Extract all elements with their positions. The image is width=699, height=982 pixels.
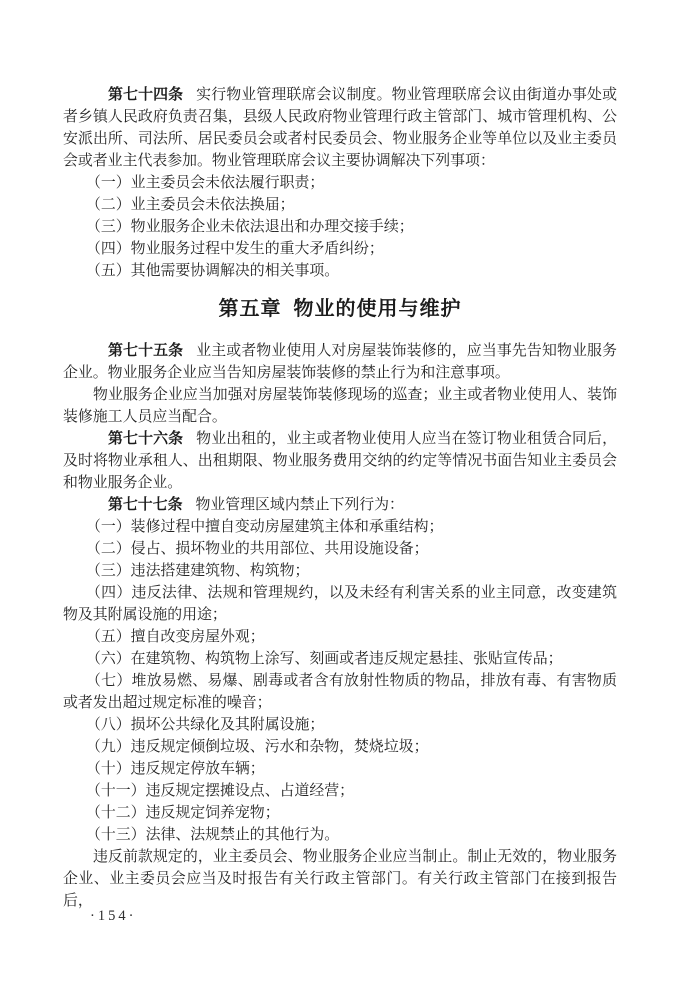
paragraph-text: （七）堆放易燃、易爆、剧毒或者含有放射性物质的物品，排放有毒、有害物质或者发出超… — [63, 673, 617, 711]
paragraph-text: （一）业主委员会未依法履行职责； — [86, 175, 324, 191]
paragraph-text: （五）擅自改变房屋外观； — [86, 629, 265, 645]
list-item: （二）侵占、损坏物业的共用部位、共用设施设备； — [63, 538, 617, 560]
document-body: 第七十四条实行物业管理联席会议制度。物业管理联席会议由街道办事处或者乡镇人民政府… — [63, 84, 617, 912]
paragraph-text: （二）侵占、损坏物业的共用部位、共用设施设备； — [86, 541, 429, 557]
article-number: 第七十五条 — [108, 343, 183, 359]
paragraph-text: （四）违反法律、法规和管理规约，以及未经有利害关系的业主同意，改变建筑物及其附属… — [63, 585, 617, 623]
list-item: （四）违反法律、法规和管理规约，以及未经有利害关系的业主同意，改变建筑物及其附属… — [63, 582, 617, 626]
paragraph-text: （一）装修过程中擅自变动房屋建筑主体和承重结构； — [86, 519, 443, 535]
paragraph-text: 物业服务企业应当加强对房屋装饰装修现场的巡查；业主或者物业使用人、装饰装修施工人… — [63, 387, 617, 425]
paragraph-text: （四）物业服务过程中发生的重大矛盾纠纷； — [86, 241, 384, 257]
list-item: （三）违法搭建建筑物、构筑物； — [63, 560, 617, 582]
document-page: 第七十四条实行物业管理联席会议制度。物业管理联席会议由街道办事处或者乡镇人民政府… — [0, 0, 699, 982]
paragraph-text: （五）其他需要协调解决的相关事项。 — [86, 263, 339, 279]
paragraph-text: （十）违反规定停放车辆； — [86, 761, 265, 777]
list-item: （二）业主委员会未依法换届； — [63, 194, 617, 216]
list-item: （四）物业服务过程中发生的重大矛盾纠纷； — [63, 238, 617, 260]
paragraph-text: （十三）法律、法规禁止的其他行为。 — [86, 827, 339, 843]
list-item: （一）装修过程中擅自变动房屋建筑主体和承重结构； — [63, 516, 617, 538]
article-paragraph: 第七十六条物业出租的，业主或者物业使用人应当在签订物业租赁合同后，及时将物业承租… — [63, 428, 617, 494]
list-item: （三）物业服务企业未依法退出和办理交接手续； — [63, 216, 617, 238]
paragraph: 物业服务企业应当加强对房屋装饰装修现场的巡查；业主或者物业使用人、装饰装修施工人… — [63, 384, 617, 428]
article-number: 第七十七条 — [108, 497, 182, 513]
list-item: （五）擅自改变房屋外观； — [63, 626, 617, 648]
list-item: （六）在建筑物、构筑物上涂写、刻画或者违反规定悬挂、张贴宣传品； — [63, 648, 617, 670]
paragraph-text: （三）违法搭建建筑物、构筑物； — [86, 563, 309, 579]
article-paragraph: 第七十五条业主或者物业使用人对房屋装饰装修的，应当事先告知物业服务企业。物业服务… — [63, 340, 617, 384]
article-paragraph: 第七十七条物业管理区域内禁止下列行为： — [63, 494, 617, 516]
article-number: 第七十六条 — [108, 431, 183, 447]
list-item: （十二）违反规定饲养宠物； — [63, 802, 617, 824]
paragraph-text: （九）违反规定倾倒垃圾、污水和杂物，焚烧垃圾； — [86, 739, 429, 755]
chapter-number: 第五章 — [219, 298, 282, 320]
list-item: （十三）法律、法规禁止的其他行为。 — [63, 824, 617, 846]
article-paragraph: 第七十四条实行物业管理联席会议制度。物业管理联席会议由街道办事处或者乡镇人民政府… — [63, 84, 617, 172]
list-item: （九）违反规定倾倒垃圾、污水和杂物，焚烧垃圾； — [63, 736, 617, 758]
paragraph-text: （十一）违反规定摆摊设点、占道经营； — [86, 783, 354, 799]
page-number: ·154· — [90, 908, 136, 925]
article-number: 第七十四条 — [108, 87, 183, 103]
paragraph: 违反前款规定的，业主委员会、物业服务企业应当制止。制止无效的，物业服务企业、业主… — [63, 846, 617, 912]
list-item: （七）堆放易燃、易爆、剧毒或者含有放射性物质的物品，排放有毒、有害物质或者发出超… — [63, 670, 617, 714]
paragraph-text: （六）在建筑物、构筑物上涂写、刻画或者违反规定悬挂、张贴宣传品； — [86, 651, 563, 667]
list-item: （一）业主委员会未依法履行职责； — [63, 172, 617, 194]
paragraph-text: （二）业主委员会未依法换届； — [86, 197, 294, 213]
chapter-title: 物业的使用与维护 — [294, 298, 462, 320]
list-item: （十一）违反规定摆摊设点、占道经营； — [63, 780, 617, 802]
chapter-heading: 第五章物业的使用与维护 — [63, 295, 617, 323]
paragraph-text: （十二）违反规定饲养宠物； — [86, 805, 280, 821]
list-item: （八）损坏公共绿化及其附属设施； — [63, 714, 617, 736]
list-item: （十）违反规定停放车辆； — [63, 758, 617, 780]
list-item: （五）其他需要协调解决的相关事项。 — [63, 260, 617, 282]
paragraph-text: （八）损坏公共绿化及其附属设施； — [86, 717, 324, 733]
paragraph-text: 违反前款规定的，业主委员会、物业服务企业应当制止。制止无效的，物业服务企业、业主… — [63, 849, 617, 909]
paragraph-text: 物业管理区域内禁止下列行为： — [195, 497, 403, 513]
paragraph-text: （三）物业服务企业未依法退出和办理交接手续； — [86, 219, 414, 235]
